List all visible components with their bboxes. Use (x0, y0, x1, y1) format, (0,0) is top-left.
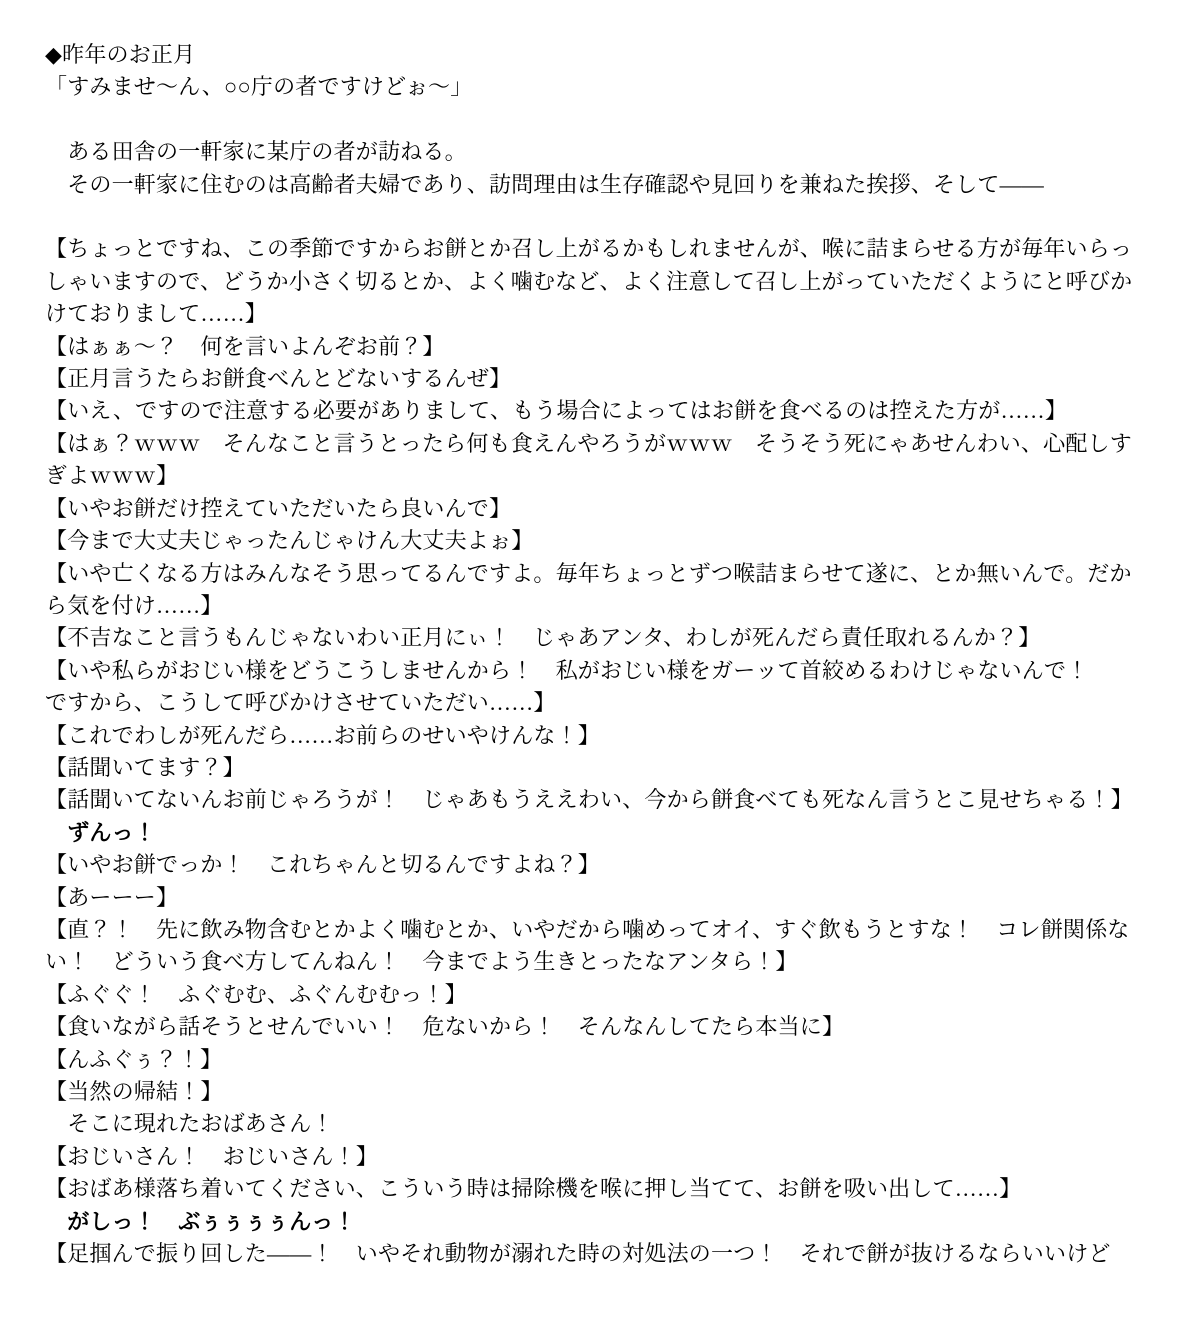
dialogue-line: 【当然の帰結！】 (45, 1076, 1144, 1108)
blank-line (45, 104, 1144, 136)
narration-line: そこに現れたおばあさん！ (45, 1108, 1144, 1140)
dialogue-line: 【正月言うたらお餅食べんとどないするんぜ】 (45, 363, 1144, 395)
dialogue-line: 【いやお餅でっか！ これちゃんと切るんですよね？】 (45, 849, 1144, 881)
sfx-line: ずんっ！ (45, 817, 1144, 849)
dialogue-line: 【はぁ？ｗｗｗ そんなこと言うとったら何も食えんやろうがｗｗｗ そうそう死にゃあ… (45, 428, 1144, 460)
dialogue-line: 【ふぐぐ！ ふぐむむ、ふぐんむむっ！】 (45, 979, 1144, 1011)
dialogue-line: 【今まで大丈夫じゃったんじゃけん大丈夫よぉ】 (45, 525, 1144, 557)
dialogue-line: 【話聞いてます？】 (45, 752, 1144, 784)
sfx-line: がしっ！ ぶぅぅぅぅんっ！ (45, 1206, 1144, 1238)
dialogue-line-continued: ですから、こうして呼びかけさせていただい……】 (45, 687, 1144, 719)
dialogue-line: 【おばあ様落ち着いてください、こういう時は掃除機を喉に押し当てて、お餅を吸い出し… (45, 1173, 1144, 1205)
dialogue-line: 【ちょっとですね、この季節ですからお餅とか召し上がるかもしれませんが、喉に詰まら… (45, 233, 1144, 265)
dialogue-line: 【あーーー】 (45, 882, 1144, 914)
dialogue-line: 【いやお餅だけ控えていただいたら良いんで】 (45, 493, 1144, 525)
dialogue-line-continued: しゃいますので、どうか小さく切るとか、よく噛むなど、よく注意して召し上がっていた… (45, 266, 1144, 298)
narration-line: その一軒家に住むのは高齢者夫婦であり、訪問理由は生存確認や見回りを兼ねた挨拶、そ… (45, 169, 1144, 201)
dialogue-line: 【これでわしが死んだら……お前らのせいやけんな！】 (45, 720, 1144, 752)
section-heading: ◆昨年のお正月 (45, 39, 1144, 71)
dialogue-line: 【んふぐぅ？！】 (45, 1044, 1144, 1076)
dialogue-line: 【おじいさん！ おじいさん！】 (45, 1141, 1144, 1173)
dialogue-line: 【いえ、ですので注意する必要がありまして、もう場合によってはお餅を食べるのは控え… (45, 395, 1144, 427)
dialogue-line-continued: ら気を付け……】 (45, 590, 1144, 622)
blank-line (45, 201, 1144, 233)
dialogue-line: 【はぁぁ～？ 何を言いよんぞお前？】 (45, 331, 1144, 363)
narration-line: ある田舎の一軒家に某庁の者が訪ねる。 (45, 136, 1144, 168)
document-page: ◆昨年のお正月「すみませ～ん、○○庁の者ですけどぉ～」 ある田舎の一軒家に某庁の… (0, 0, 1182, 1339)
dialogue-line: 【いや私らがおじい様をどうこうしませんから！ 私がおじい様をガーッて首絞めるわけ… (45, 655, 1144, 687)
dialogue-line: 【食いながら話そうとせんでいい！ 危ないから！ そんなんしてたら本当に】 (45, 1011, 1144, 1043)
dialogue-line: 【いや亡くなる方はみんなそう思ってるんですよ。毎年ちょっとずつ喉詰まらせて遂に、… (45, 558, 1144, 590)
dialogue-line: 【話聞いてないんお前じゃろうが！ じゃあもうええわい、今から餅食べても死なん言う… (45, 784, 1144, 816)
quote-line: 「すみませ～ん、○○庁の者ですけどぉ～」 (45, 71, 1144, 103)
dialogue-line-continued: い！ どういう食べ方してんねん！ 今までよう生きとったなアンタら！】 (45, 946, 1144, 978)
dialogue-line: 【不吉なこと言うもんじゃないわい正月にぃ！ じゃあアンタ、わしが死んだら責任取れ… (45, 622, 1144, 654)
dialogue-line: 【直？！ 先に飲み物含むとかよく噛むとか、いやだから噛めってオイ、すぐ飲もうとす… (45, 914, 1144, 946)
dialogue-line-continued: ぎよｗｗｗ】 (45, 460, 1144, 492)
dialogue-line-continued: けておりまして……】 (45, 298, 1144, 330)
dialogue-line: 【足掴んで振り回した――！ いやそれ動物が溺れた時の対処法の一つ！ それで餅が抜… (45, 1238, 1144, 1270)
